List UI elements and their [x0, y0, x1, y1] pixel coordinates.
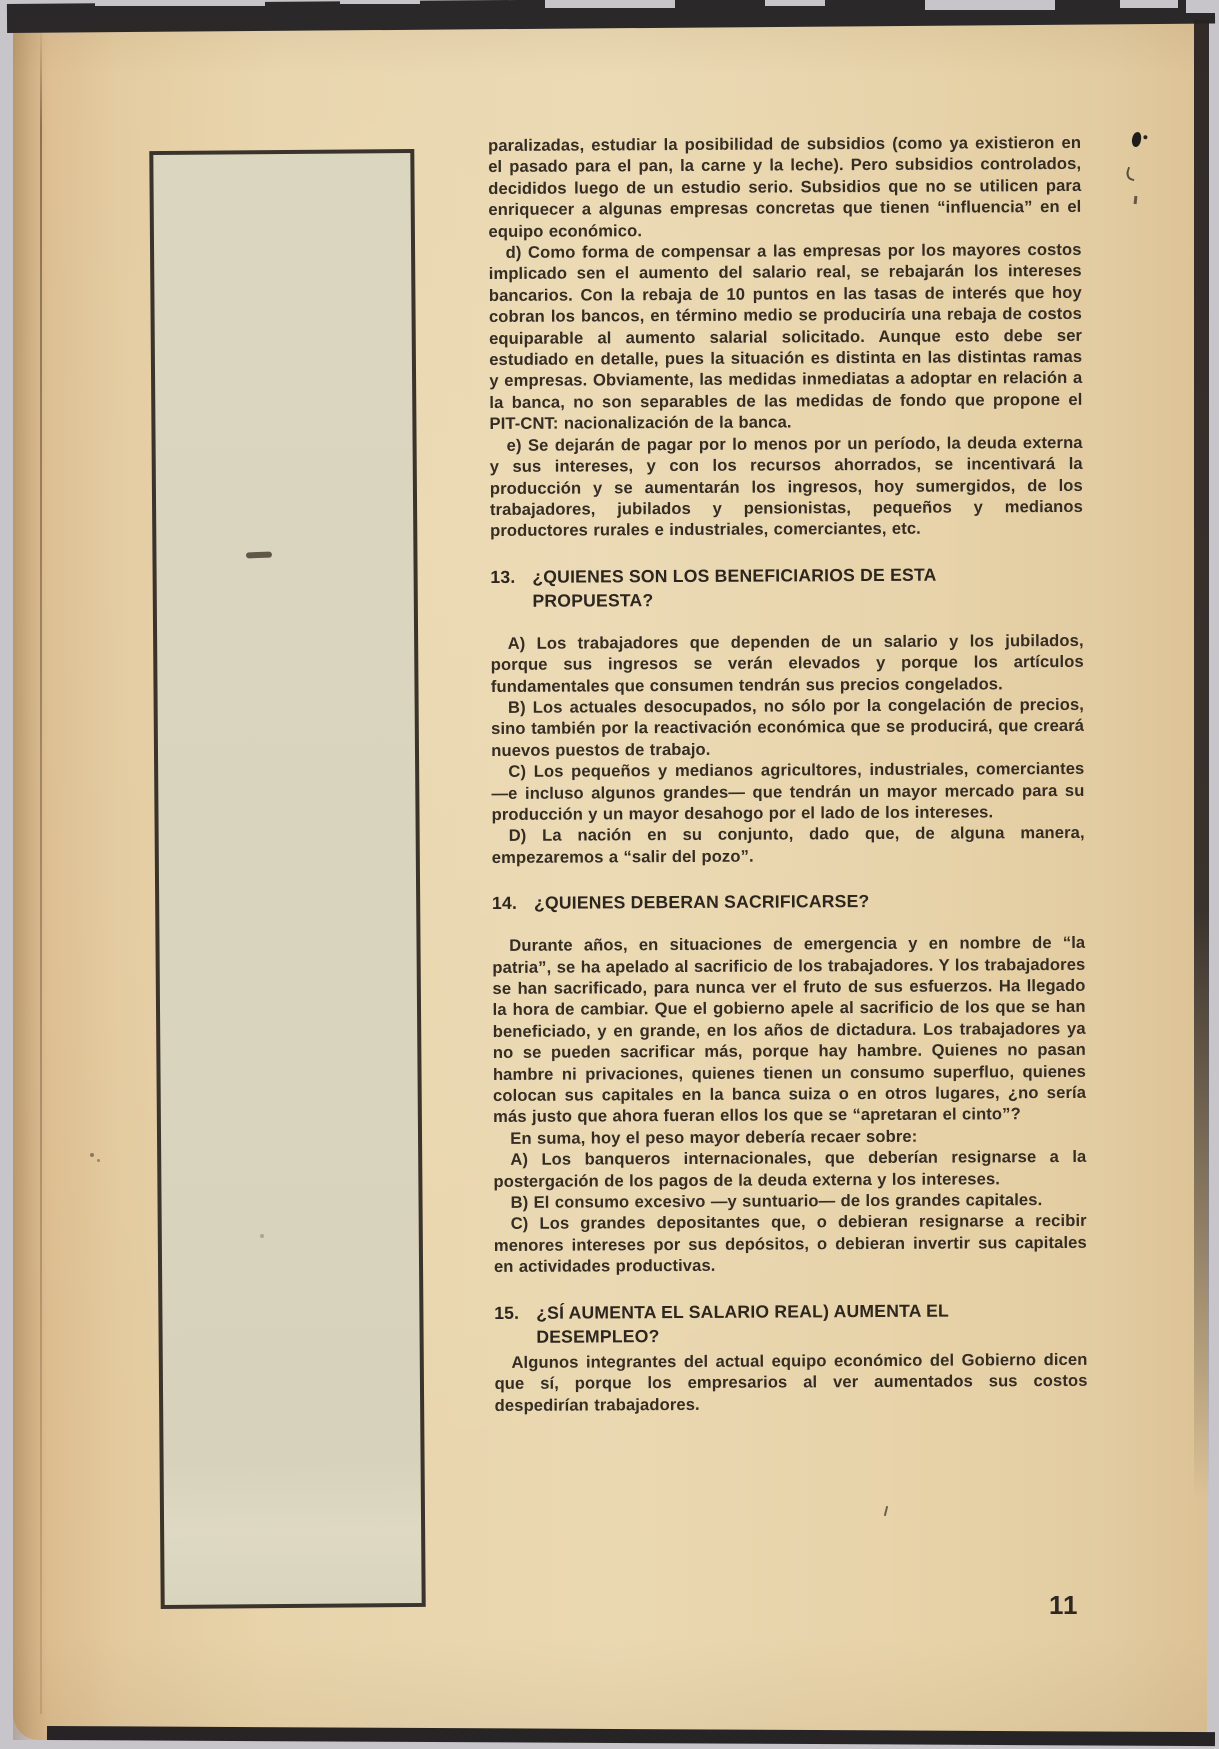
section-number: 13. [490, 564, 532, 612]
ink-smudge-mark [1131, 131, 1142, 147]
empty-illustration-box [149, 149, 425, 1609]
scan-edge-notch [340, 0, 420, 4]
ink-speck [97, 1159, 100, 1162]
page-number: 11 [1049, 1590, 1079, 1621]
scan-edge-notch [765, 0, 825, 6]
section-heading: 13.¿QUIENES SON LOS BENEFICIARIOS DE EST… [490, 562, 1083, 613]
scan-edge-notch [925, 0, 1055, 10]
paragraph: paralizadas, estudiar la posibilidad de … [488, 132, 1082, 242]
section-heading: 14.¿QUIENES DEBERAN SACRIFICARSE? [492, 888, 1085, 915]
ink-tick-mark [1134, 196, 1138, 204]
scanned-page: paralizadas, estudiar la posibilidad de … [13, 6, 1207, 1740]
section-heading: 15.¿SÍ AUMENTA EL SALARIO REAL) AUMENTA … [494, 1298, 1087, 1349]
scan-edge-notch [1186, 0, 1219, 13]
paragraph: A) Los banqueros internacionales, que de… [493, 1146, 1086, 1192]
paragraph: d) Como forma de compensar a las empresa… [489, 239, 1083, 435]
paragraph: C) Los grandes depositantes que, o debie… [494, 1210, 1087, 1277]
section-title: ¿SÍ AUMENTA EL SALARIO REAL) AUMENTA ELD… [536, 1298, 1087, 1349]
text-column: paralizadas, estudiar la posibilidad de … [488, 132, 1088, 1416]
page-right-shadow [1194, 20, 1209, 1500]
section-number: 14. [492, 891, 534, 915]
paragraph: B) El consumo excesivo —y suntuario— de … [494, 1189, 1087, 1214]
scan-bottom-edge-bar [47, 1726, 1215, 1746]
scan-canvas: { "colors": { "scanner_background": "#c7… [0, 0, 1219, 1749]
ink-dash-smudge [246, 552, 272, 559]
ink-speck [260, 1234, 264, 1238]
paragraph: e) Se dejarán de pagar por lo menos por … [490, 432, 1084, 542]
paragraph: En suma, hoy el peso mayor debería recae… [493, 1125, 1086, 1150]
scan-edge-notch [1120, 0, 1178, 8]
paragraph: Algunos integrantes del actual equipo ec… [494, 1349, 1087, 1416]
ink-squiggle-mark [1124, 167, 1137, 182]
scan-edge-notch [545, 0, 675, 8]
paragraph: B) Los actuales desocupados, no sólo por… [491, 694, 1084, 761]
paragraph: C) Los pequeños y medianos agricultores,… [491, 758, 1084, 825]
paragraph: Durante años, en situaciones de emergenc… [492, 932, 1086, 1128]
ink-slash-mark [884, 1506, 888, 1516]
paragraph: A) Los trabajadores que dependen de un s… [491, 630, 1084, 697]
paragraph: D) La nación en su conjunto, dado que, d… [492, 822, 1085, 868]
ink-speck [90, 1153, 94, 1157]
scan-edge-notch [95, 0, 265, 6]
section-title: ¿QUIENES DEBERAN SACRIFICARSE? [534, 888, 1085, 915]
section-title: ¿QUIENES SON LOS BENEFICIARIOS DE ESTAPR… [532, 562, 1083, 613]
page-fold-line [40, 24, 42, 1714]
section-number: 15. [494, 1300, 536, 1348]
